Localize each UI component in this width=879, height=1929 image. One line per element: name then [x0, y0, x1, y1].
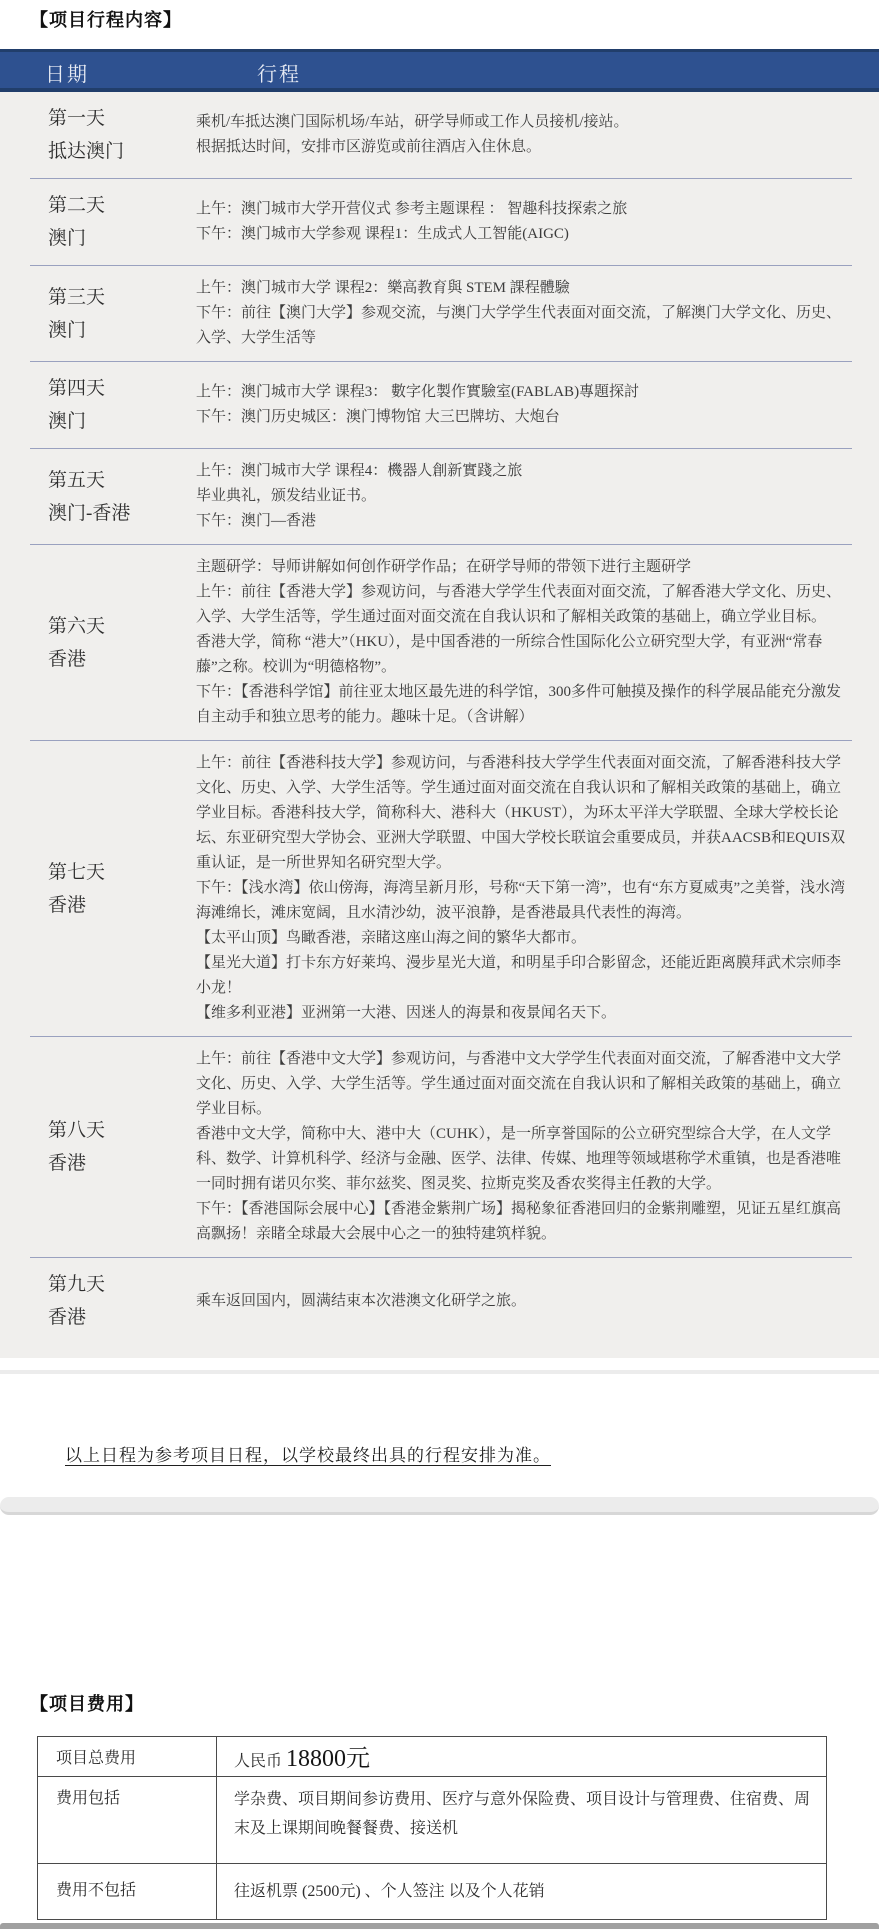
fees-table: 项目总费用 人民币 18800元 费用包括 学杂费、项目期间参访费用、医疗与意外… [37, 1736, 827, 1920]
program-line: 下午：【浅水湾】依山傍海，海湾呈新月形，号称“天下第一湾”，也有“东方夏威夷”之… [196, 876, 852, 926]
day-label: 第八天 [48, 1114, 196, 1147]
itinerary-row: 第二天 澳门 上午：澳门城市大学开营仪式 参考主题课程 ： 智趣科技探索之旅下午… [30, 178, 852, 265]
itinerary-table-header: 日期 行程 [0, 49, 879, 92]
fee-row: 费用包括 学杂费、项目期间参访费用、医疗与意外保险费、项目设计与管理费、住宿费、… [38, 1776, 826, 1863]
program-cell: 乘机/车抵达澳门国际机场/车站，研学导师或工作人员接机/接站。根据抵达时间，安排… [196, 110, 852, 160]
program-line: 香港中文大学，简称中大、港中大（CUHK），是一所享誉国际的公立研究型综合大学，… [196, 1122, 852, 1197]
itinerary-footnote: 以上日程为参考项目日程，以学校最终出具的行程安排为准。 [65, 1441, 551, 1466]
fee-currency-prefix: 人民币 [234, 1753, 286, 1770]
program-cell: 上午：前往【香港中文大学】参观访问，与香港中文大学学生代表面对面交流，了解香港中… [196, 1047, 852, 1247]
program-line: 【星光大道】打卡东方好莱坞、漫步星光大道，和明星手印合影留念，还能近距离膜拜武术… [196, 951, 852, 1001]
program-line: 毕业典礼，颁发结业证书。 [196, 484, 852, 509]
itinerary-row: 第九天 香港 乘车返回国内，圆满结束本次港澳文化研学之旅。 [30, 1257, 852, 1344]
fee-label: 费用包括 [38, 1777, 217, 1863]
itinerary-section-title: 【项目行程内容】 [30, 6, 182, 32]
program-cell: 上午：澳门城市大学 课程2：樂高教育與 STEM 課程體驗下午：前往【澳门大学】… [196, 276, 852, 351]
fees-section-title: 【项目费用】 [30, 1690, 144, 1716]
day-location: 澳门 [48, 222, 196, 255]
itinerary-row: 第三天 澳门 上午：澳门城市大学 课程2：樂高教育與 STEM 課程體驗下午：前… [30, 265, 852, 361]
program-cell: 上午：澳门城市大学 课程3： 數字化製作實驗室(FABLAB)專題探討下午：澳门… [196, 380, 852, 430]
page-bottom-band [0, 1923, 879, 1929]
day-label: 第四天 [48, 372, 196, 405]
program-line: 根据抵达时间，安排市区游览或前往酒店入住休息。 [196, 135, 852, 160]
program-line: 乘车返回国内，圆满结束本次港澳文化研学之旅。 [196, 1289, 852, 1314]
day-location: 香港 [48, 1147, 196, 1180]
program-cell: 主题研学：导师讲解如何创作研学作品；在研学导师的带领下进行主题研学上午：前往【香… [196, 555, 852, 730]
program-line: 下午：澳门—香港 [196, 509, 852, 534]
program-line: 上午：前往【香港大学】参观访问，与香港大学学生代表面对面交流，了解香港大学文化、… [196, 580, 852, 630]
program-line: 下午：澳门历史城区：澳门博物馆 大三巴牌坊、大炮台 [196, 405, 852, 430]
program-line: 【太平山顶】鸟瞰香港，亲睹这座山海之间的繁华大都市。 [196, 926, 852, 951]
itinerary-row: 第八天 香港 上午：前往【香港中文大学】参观访问，与香港中文大学学生代表面对面交… [30, 1036, 852, 1257]
day-label: 第一天 [48, 102, 196, 135]
day-label: 第五天 [48, 464, 196, 497]
itinerary-row: 第四天 澳门 上午：澳门城市大学 课程3： 數字化製作實驗室(FABLAB)專題… [30, 361, 852, 448]
fee-value: 人民币 18800元 [217, 1737, 826, 1776]
day-location: 澳门 [48, 405, 196, 438]
program-line: 下午：前往【澳门大学】参观交流，与澳门大学学生代表面对面交流，了解澳门大学文化、… [196, 301, 852, 351]
day-location: 澳门-香港 [48, 497, 196, 530]
program-cell: 上午：前往【香港科技大学】参观访问，与香港科技大学学生代表面对面交流，了解香港科… [196, 751, 852, 1026]
day-location: 澳门 [48, 314, 196, 347]
fee-row: 项目总费用 人民币 18800元 [38, 1737, 826, 1776]
fee-value: 学杂费、项目期间参访费用、医疗与意外保险费、项目设计与管理费、住宿费、周末及上课… [217, 1777, 826, 1863]
day-label: 第六天 [48, 610, 196, 643]
day-label: 第三天 [48, 281, 196, 314]
program-line: 上午：澳门城市大学开营仪式 参考主题课程 ： 智趣科技探索之旅 [196, 197, 852, 222]
date-cell: 第三天 澳门 [30, 281, 196, 347]
fee-label: 项目总费用 [38, 1737, 217, 1776]
program-line: 上午：澳门城市大学 课程4：機器人創新實踐之旅 [196, 459, 852, 484]
page-break-band [0, 1497, 879, 1515]
date-cell: 第五天 澳门-香港 [30, 464, 196, 530]
date-cell: 第一天 抵达澳门 [30, 102, 196, 168]
program-line: 上午：前往【香港科技大学】参观访问，与香港科技大学学生代表面对面交流，了解香港科… [196, 751, 852, 876]
page-break-line [0, 1370, 879, 1374]
day-location: 香港 [48, 643, 196, 676]
day-location: 香港 [48, 889, 196, 922]
fee-total-amount: 18800元 [286, 1746, 370, 1772]
program-line: 【维多利亚港】亚洲第一大港、因迷人的海景和夜景闻名天下。 [196, 1001, 852, 1026]
program-line: 上午：澳门城市大学 课程2：樂高教育與 STEM 課程體驗 [196, 276, 852, 301]
program-line: 乘机/车抵达澳门国际机场/车站，研学导师或工作人员接机/接站。 [196, 110, 852, 135]
day-label: 第七天 [48, 856, 196, 889]
date-cell: 第九天 香港 [30, 1268, 196, 1334]
program-line: 上午：澳门城市大学 课程3： 數字化製作實驗室(FABLAB)專題探討 [196, 380, 852, 405]
date-cell: 第四天 澳门 [30, 372, 196, 438]
program-cell: 上午：澳门城市大学 课程4：機器人創新實踐之旅毕业典礼，颁发结业证书。下午：澳门… [196, 459, 852, 534]
itinerary-row: 第一天 抵达澳门 乘机/车抵达澳门国际机场/车站，研学导师或工作人员接机/接站。… [30, 92, 852, 178]
date-cell: 第二天 澳门 [30, 189, 196, 255]
day-location: 香港 [48, 1301, 196, 1334]
day-label: 第二天 [48, 189, 196, 222]
program-cell: 乘车返回国内，圆满结束本次港澳文化研学之旅。 [196, 1289, 852, 1314]
fee-label: 费用不包括 [38, 1864, 217, 1919]
program-line: 下午：【香港科学馆】前往亚太地区最先进的科学馆，300多件可触摸及操作的科学展品… [196, 680, 852, 730]
date-cell: 第六天 香港 [30, 610, 196, 676]
program-line: 下午：澳门城市大学参观 课程1：生成式人工智能(AIGC) [196, 222, 852, 247]
column-header-program: 行程 [257, 58, 301, 87]
itinerary-row: 第六天 香港 主题研学：导师讲解如何创作研学作品；在研学导师的带领下进行主题研学… [30, 544, 852, 740]
date-cell: 第七天 香港 [30, 856, 196, 922]
fee-value: 往返机票 (2500元) 、个人签注 以及个人花销 [217, 1864, 826, 1919]
column-header-date: 日期 [45, 58, 89, 87]
program-cell: 上午：澳门城市大学开营仪式 参考主题课程 ： 智趣科技探索之旅下午：澳门城市大学… [196, 197, 852, 247]
day-label: 第九天 [48, 1268, 196, 1301]
itinerary-table-body: 第一天 抵达澳门 乘机/车抵达澳门国际机场/车站，研学导师或工作人员接机/接站。… [0, 92, 879, 1358]
fee-row: 费用不包括 往返机票 (2500元) 、个人签注 以及个人花销 [38, 1863, 826, 1919]
program-line: 香港大学，简称 “港大”（HKU），是中国香港的一所综合性国际化公立研究型大学，… [196, 630, 852, 680]
program-line: 下午：【香港国际会展中心】【香港金紫荆广场】揭秘象征香港回归的金紫荆雕塑，见证五… [196, 1197, 852, 1247]
program-line: 上午：前往【香港中文大学】参观访问，与香港中文大学学生代表面对面交流，了解香港中… [196, 1047, 852, 1122]
date-cell: 第八天 香港 [30, 1114, 196, 1180]
itinerary-row: 第五天 澳门-香港 上午：澳门城市大学 课程4：機器人創新實踐之旅毕业典礼，颁发… [30, 448, 852, 544]
program-line: 主题研学：导师讲解如何创作研学作品；在研学导师的带领下进行主题研学 [196, 555, 852, 580]
itinerary-row: 第七天 香港 上午：前往【香港科技大学】参观访问，与香港科技大学学生代表面对面交… [30, 740, 852, 1036]
day-location: 抵达澳门 [48, 135, 196, 168]
